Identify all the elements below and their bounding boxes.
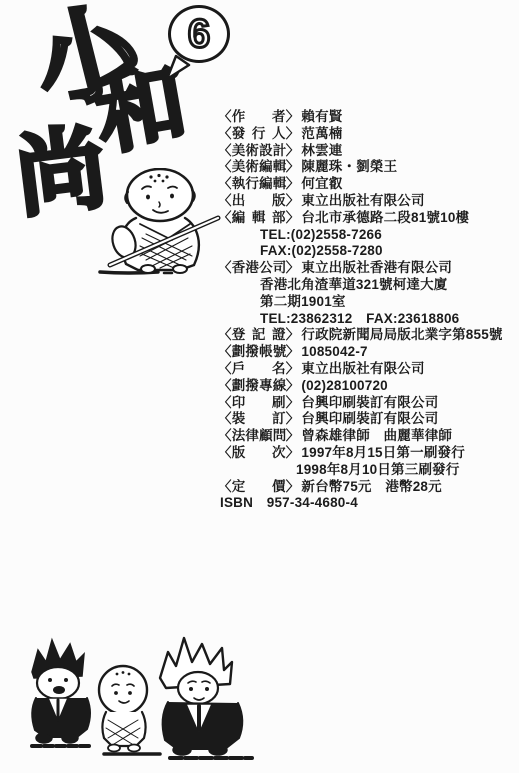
credit-line: 〈執行編輯〉何宜叡: [218, 176, 518, 193]
credit-line: 〈作者〉賴有賢: [218, 109, 518, 126]
characters-illustration: [20, 636, 265, 768]
credit-label: 〈定價〉: [218, 479, 299, 494]
speech-bubble-tail-icon: [161, 52, 193, 82]
credit-text: 1997年8月15日第一刷發行: [299, 445, 465, 460]
credit-line: 〈劃撥帳號〉1085042-7: [218, 344, 518, 361]
credit-line: 〈美術設計〉林雲連: [218, 143, 518, 160]
credit-text: 何宜叡: [299, 176, 342, 191]
credit-text: TEL:(02)2558-7266: [258, 227, 382, 242]
credit-text: TEL:23862312 FAX:23618806: [258, 311, 459, 326]
credit-label: 〈劃撥帳號〉: [218, 344, 299, 359]
credits-list: 〈作者〉賴有賢〈發行人〉范萬楠〈美術設計〉林雲連〈美術編輯〉陳麗珠・劉榮王〈執行…: [218, 109, 518, 512]
credit-text: 范萬楠: [299, 126, 342, 141]
credit-label: 〈登記證〉: [218, 327, 299, 342]
credit-text: 香港北角渣華道321號柯達大廈: [258, 277, 448, 292]
credit-label: 〈出版〉: [218, 193, 299, 208]
credit-line: 〈美術編輯〉陳麗珠・劉榮王: [218, 159, 518, 176]
credit-text: (02)28100720: [299, 378, 387, 393]
credit-line: 香港北角渣華道321號柯達大廈: [218, 277, 518, 294]
credit-line: 〈出版〉東立出版社有限公司: [218, 193, 518, 210]
credit-text: 陳麗珠・劉榮王: [299, 159, 397, 174]
credit-label: 〈編輯部〉: [218, 210, 299, 225]
credit-line: 第二期1901室: [218, 294, 518, 311]
credit-text: 賴有賢: [299, 109, 342, 124]
colophon-page: 小 和 尚 6: [0, 0, 519, 773]
credit-line: 〈法律顧問〉曾森雄律師 曲麗華律師: [218, 428, 518, 445]
credit-text: 行政院新聞局局版北業字第855號: [299, 327, 502, 342]
credit-line: TEL:23862312 FAX:23618806: [218, 311, 518, 328]
volume-number: 6: [188, 14, 210, 54]
volume-badge: 6: [168, 5, 230, 63]
credit-text: 林雲連: [299, 143, 342, 158]
credit-line: 〈戶名〉東立出版社有限公司: [218, 361, 518, 378]
credit-label: 〈執行編輯〉: [218, 176, 299, 191]
credit-label: 〈美術設計〉: [218, 143, 299, 158]
credit-label: 〈戶名〉: [218, 361, 299, 376]
credit-label: 〈美術編輯〉: [218, 159, 299, 174]
credit-label: 〈香港公司〉: [218, 260, 299, 275]
credit-line: TEL:(02)2558-7266: [218, 227, 518, 244]
credit-line: 〈登記證〉行政院新聞局局版北業字第855號: [218, 327, 518, 344]
credit-text: 東立出版社有限公司: [299, 193, 424, 208]
credit-text: 東立出版社有限公司: [299, 361, 424, 376]
credit-text: 曾森雄律師 曲麗華律師: [299, 428, 452, 443]
credit-label: 〈作者〉: [218, 109, 299, 124]
credit-line: 〈版次〉1997年8月15日第一刷發行: [218, 445, 518, 462]
credit-label: 〈印刷〉: [218, 395, 299, 410]
credit-label: 〈版次〉: [218, 445, 299, 460]
credit-text: 台興印刷裝訂有限公司: [299, 411, 438, 426]
credit-text: 台興印刷裝訂有限公司: [299, 395, 438, 410]
credit-line: FAX:(02)2558-7280: [218, 243, 518, 260]
credit-text: 第二期1901室: [258, 294, 346, 309]
credit-text: 新台幣75元 港幣28元: [299, 479, 441, 494]
credit-line: ISBN 957-34-4680-4: [218, 495, 518, 512]
credit-line: 〈編輯部〉台北市承德路二段81號10樓: [218, 210, 518, 227]
credit-label: 〈法律顧問〉: [218, 428, 299, 443]
credit-text: 1085042-7: [299, 344, 367, 359]
credit-line: 1998年8月10日第三刷發行: [218, 462, 518, 479]
credit-line: 〈定價〉新台幣75元 港幣28元: [218, 479, 518, 496]
credit-label: 〈劃撥專線〉: [218, 378, 299, 393]
credit-text: 東立出版社香港有限公司: [299, 260, 452, 275]
credit-line: 〈印刷〉台興印刷裝訂有限公司: [218, 395, 518, 412]
credit-label: 〈裝訂〉: [218, 411, 299, 426]
credit-text: 1998年8月10日第三刷發行: [294, 462, 460, 477]
credit-text: 台北市承德路二段81號10樓: [299, 210, 469, 225]
credit-line: 〈發行人〉范萬楠: [218, 126, 518, 143]
credit-text: ISBN 957-34-4680-4: [218, 495, 358, 510]
credit-text: FAX:(02)2558-7280: [258, 243, 383, 258]
credit-line: 〈劃撥專線〉(02)28100720: [218, 378, 518, 395]
credit-label: 〈發行人〉: [218, 126, 299, 141]
credit-line: 〈裝訂〉台興印刷裝訂有限公司: [218, 411, 518, 428]
credit-line: 〈香港公司〉東立出版社香港有限公司: [218, 260, 518, 277]
